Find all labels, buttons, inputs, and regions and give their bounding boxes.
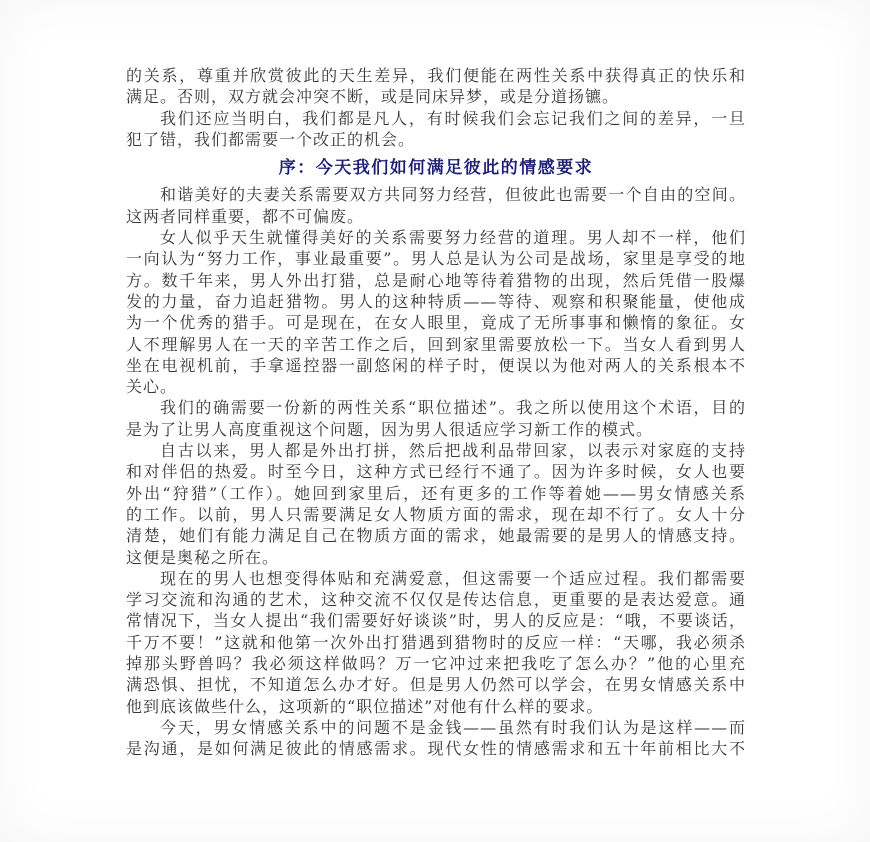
text-line: 的关系，尊重并欣赏彼此的天生差异，我们便能在两性关系中获得真正的快乐和 [126,65,746,86]
text-line: 这两者同样重要，都不可偏废。 [126,206,746,227]
paragraph: 我们的确需要一份新的两性关系“职位描述”。我之所以使用这个术语，目的是为了让男人… [126,397,746,440]
paragraph: 自古以来，男人都是外出打拼，然后把战利品带回家，以表示对家庭的支持和对伴侣的热爱… [126,440,746,568]
text-line: 学习交流和沟通的艺术，这种交流不仅仅是传达信息，更重要的是表达爱意。通 [126,589,746,610]
text-line: 今天，男女情感关系中的问题不是金钱——虽然有时我们认为是这样——而 [126,717,746,738]
paragraph: 的关系，尊重并欣赏彼此的天生差异，我们便能在两性关系中获得真正的快乐和满足。否则… [126,65,746,108]
text-line: 坐在电视机前，手拿遥控器一副悠闲的样子时，便误以为他对两人的关系根本不 [126,355,746,376]
text-line: 满足。否则，双方就会冲突不断，或是同床异梦，或是分道扬镳。 [126,86,746,107]
text-line: 的工作。以前，男人只需要满足女人物质方面的需求，现在却不行了。女人十分 [126,504,746,525]
text-content: 的关系，尊重并欣赏彼此的天生差异，我们便能在两性关系中获得真正的快乐和满足。否则… [126,65,746,760]
text-line: 这便是奥秘之所在。 [126,547,746,568]
text-line: 千万不要！”这就和他第一次外出打猎遇到猎物时的反应一样：“天哪，我必须杀 [126,632,746,653]
text-line: 是为了让男人高度重视这个问题，因为男人很适应学习新工作的模式。 [126,419,746,440]
text-line: 自古以来，男人都是外出打拼，然后把战利品带回家，以表示对家庭的支持 [126,440,746,461]
text-line: 一向认为“努力工作，事业最重要”。男人总是认为公司是战场，家里是享受的地 [126,248,746,269]
text-line: 他到底该做些什么，这项新的“职位描述”对他有什么样的要求。 [126,696,746,717]
text-line: 犯了错，我们都需要一个改正的机会。 [126,129,746,150]
text-line: 常情况下，当女人提出“我们需要好好谈谈”时，男人的反应是：“哦，不要谈话， [126,610,746,631]
text-line: 关心。 [126,376,746,397]
text-line: 方。数千年来，男人外出打猎，总是耐心地等待着猎物的出现，然后凭借一股爆 [126,270,746,291]
text-line: 是沟通，是如何满足彼此的情感需求。现代女性的情感需求和五十年前相比大不 [126,738,746,759]
paragraph: 我们还应当明白，我们都是凡人，有时候我们会忘记我们之间的差异，一旦犯了错，我们都… [126,108,746,151]
text-line: 人不理解男人在一天的辛苦工作之后，回到家里需要放松一下。当女人看到男人 [126,334,746,355]
text-line: 清楚，她们有能力满足自己在物质方面的需求，她最需要的是男人的情感支持。 [126,525,746,546]
paragraph: 和谐美好的夫妻关系需要双方共同努力经营，但彼此也需要一个自由的空间。这两者同样重… [126,184,746,227]
text-line: 和对伴侣的热爱。时至今日，这种方式已经行不通了。因为许多时候，女人也要 [126,461,746,482]
document-page: 的关系，尊重并欣赏彼此的天生差异，我们便能在两性关系中获得真正的快乐和满足。否则… [0,0,870,842]
text-line: 满恐惧、担忧，不知道怎么办才好。但是男人仍然可以学会，在男女情感关系中 [126,674,746,695]
text-line: 和谐美好的夫妻关系需要双方共同努力经营，但彼此也需要一个自由的空间。 [126,184,746,205]
text-line: 掉那头野兽吗？我必须这样做吗？万一它冲过来把我吃了怎么办？”他的心里充 [126,653,746,674]
text-line: 外出“狩猎”（工作）。她回到家里后，还有更多的工作等着她——男女情感关系 [126,483,746,504]
section-heading: 序：今天我们如何满足彼此的情感要求 [126,158,746,179]
text-line: 为一个优秀的猎手。可是现在，在女人眼里，竟成了无所事事和懒惰的象征。女 [126,312,746,333]
text-line: 发的力量，奋力追赶猎物。男人的这种特质——等待、观察和积聚能量，使他成 [126,291,746,312]
paragraph: 今天，男女情感关系中的问题不是金钱——虽然有时我们认为是这样——而是沟通，是如何… [126,717,746,760]
paragraph: 现在的男人也想变得体贴和充满爱意，但这需要一个适应过程。我们都需要学习交流和沟通… [126,568,746,717]
paragraph: 女人似乎天生就懂得美好的关系需要努力经营的道理。男人却不一样，他们一向认为“努力… [126,227,746,397]
text-line: 女人似乎天生就懂得美好的关系需要努力经营的道理。男人却不一样，他们 [126,227,746,248]
text-line: 我们的确需要一份新的两性关系“职位描述”。我之所以使用这个术语，目的 [126,397,746,418]
text-line: 我们还应当明白，我们都是凡人，有时候我们会忘记我们之间的差异，一旦 [126,108,746,129]
text-line: 现在的男人也想变得体贴和充满爱意，但这需要一个适应过程。我们都需要 [126,568,746,589]
